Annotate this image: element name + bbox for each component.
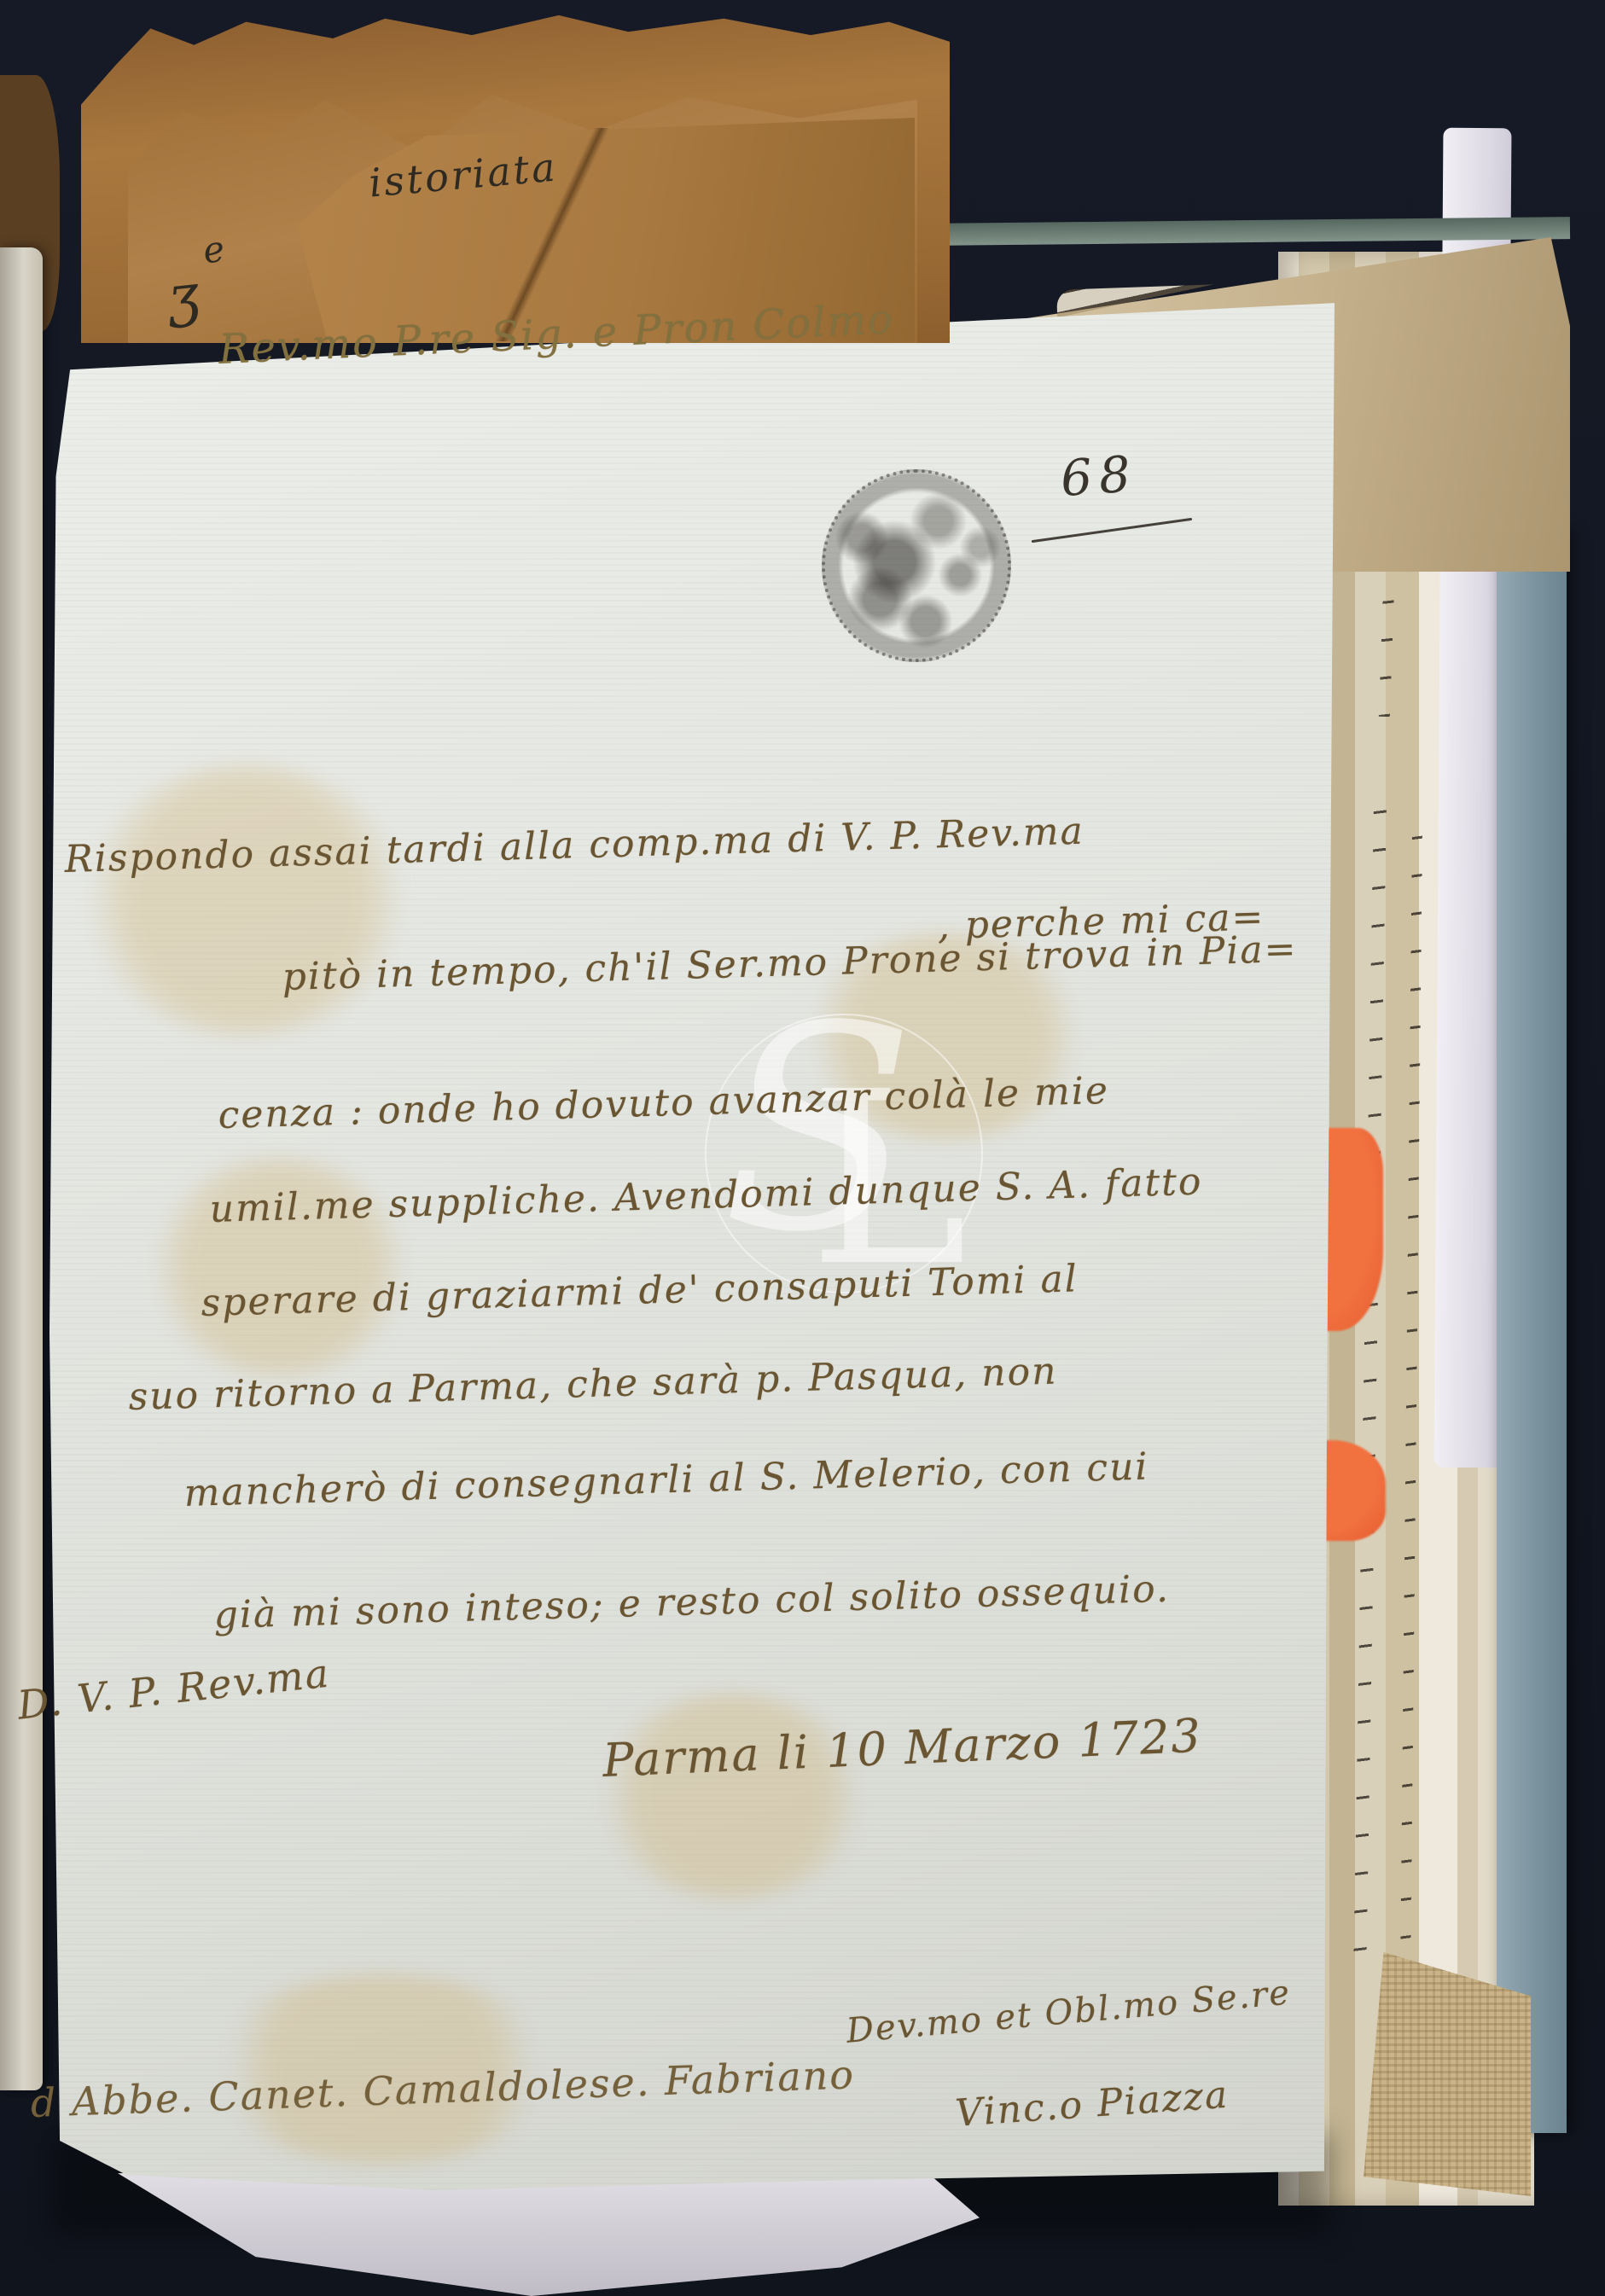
book-cover-board [1497,529,1567,2133]
manuscript-page [49,286,1335,2190]
stray-ink-flourish: ʒ [164,261,202,329]
cover-fabric-corner [1364,1952,1531,2196]
library-watermark-icon: S L [705,1014,983,1293]
archive-photo-scene: istoriata e ʒ Rev.mo P.re Sig. e Pron Co… [0,0,1605,2296]
left-page-block-edge [0,247,43,2090]
page-number: 68 [1059,445,1139,508]
library-ink-stamp-icon [822,469,1011,662]
